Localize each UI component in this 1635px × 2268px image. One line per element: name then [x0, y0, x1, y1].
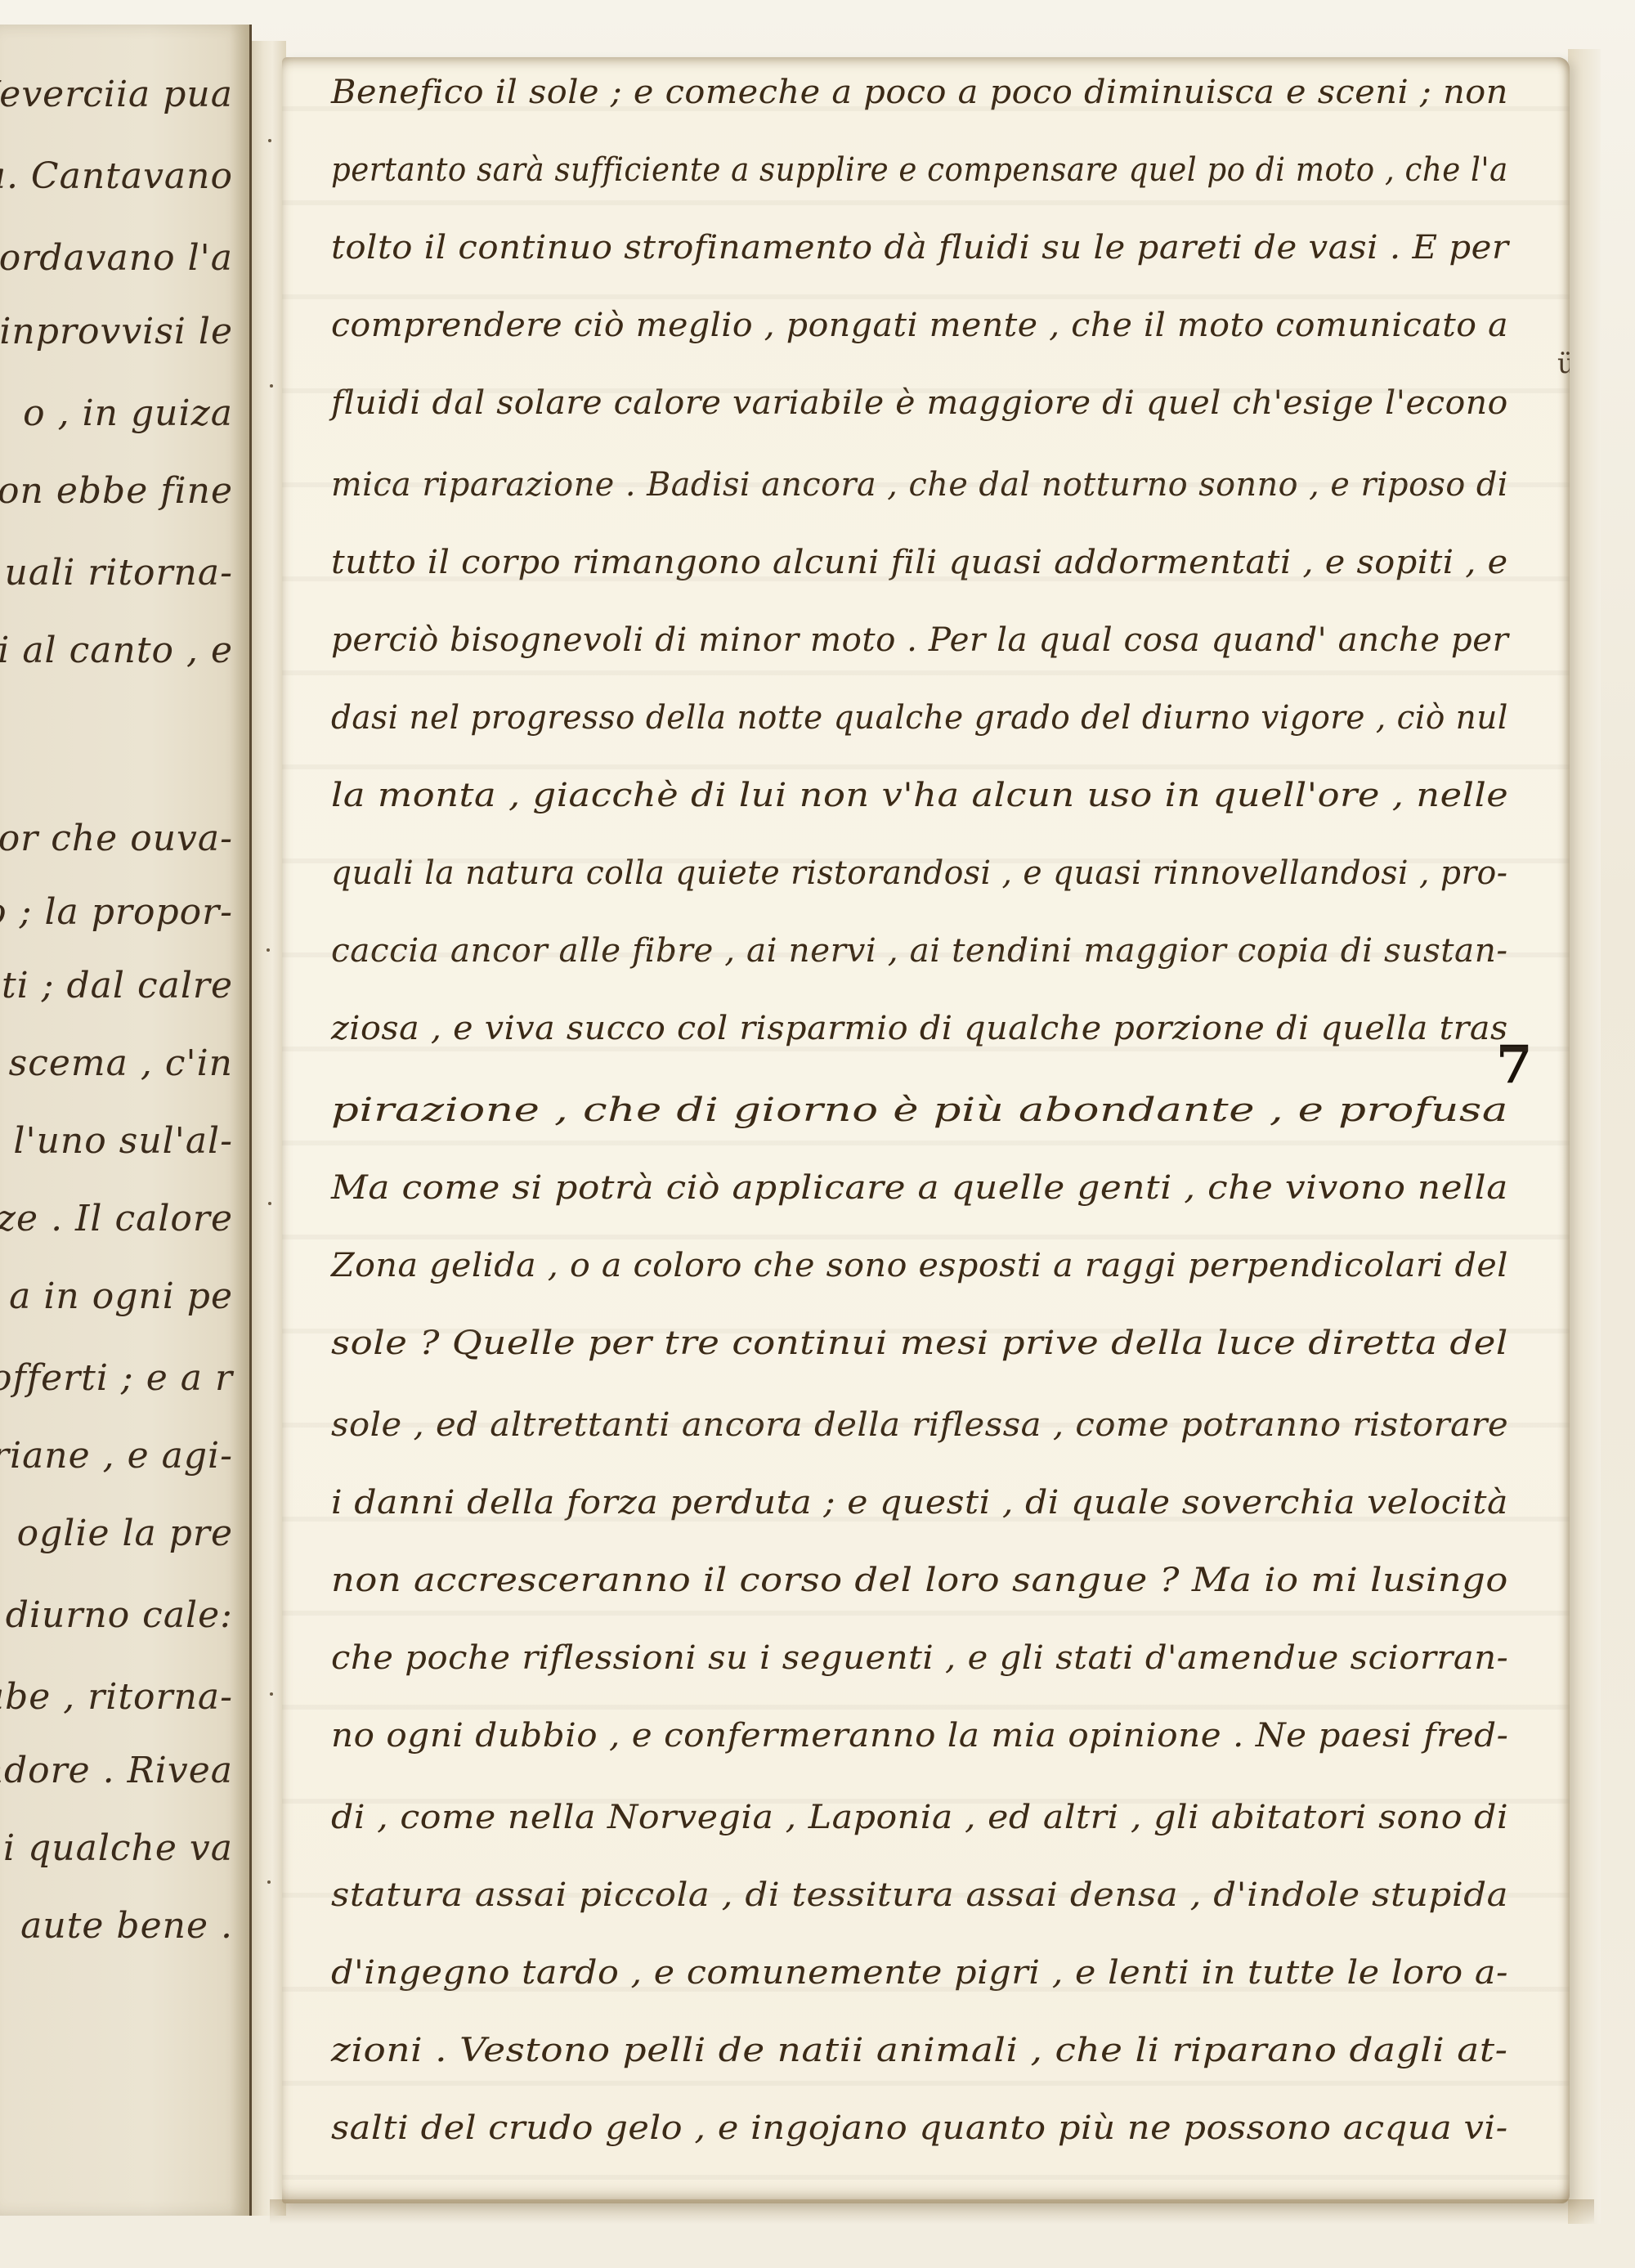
left-page-line: o , in guiza [23, 392, 233, 434]
manuscript-line: dasi nel progresso della notte qualche g… [331, 699, 1508, 737]
left-page-line: i qualche va [3, 1827, 233, 1869]
manuscript-page-right: 7 ü Benefico il sole ; e comeche a poco … [282, 57, 1570, 2203]
manuscript-line: Ma come si potrà ciò applicare a quelle … [331, 1169, 1508, 1207]
left-page-line: non ebbe fine [0, 470, 233, 512]
manuscript-line: sole ? Quelle per tre continui mesi priv… [331, 1324, 1508, 1362]
left-page-line: na. Cantavano [0, 155, 233, 197]
manuscript-line: quali la natura colla quiete ristorandos… [331, 854, 1508, 892]
left-page-line: aute bene . [20, 1905, 233, 1947]
left-page-line: priane , e agi- [0, 1435, 233, 1477]
left-page-line: endore . Rivea [0, 1750, 233, 1791]
left-page-line: lui al canto , e [0, 630, 233, 671]
manuscript-line: Benefico il sole ; e comeche a poco a po… [331, 74, 1508, 111]
manuscript-line: zioni . Vestono pelli de natii animali ,… [331, 2032, 1508, 2069]
left-page-line: stabe , ritorna- [0, 1676, 233, 1718]
left-page-line: oglie la pre [17, 1513, 233, 1554]
left-page-line: o scema , c'in [0, 1042, 233, 1084]
ink-speck [267, 1880, 271, 1884]
left-page-line: cinprovvisi le [0, 311, 233, 352]
manuscript-line: d'ingegno tardo , e comunemente pigri , … [331, 1954, 1508, 1992]
left-page-line: tordavano l'a [0, 237, 233, 279]
left-page-line: ati ; dal calre [0, 965, 233, 1006]
margin-mark: ü [1557, 347, 1570, 380]
manuscript-line: no ogni dubbio , e confermeranno la mia … [331, 1717, 1508, 1755]
binding-gutter [252, 41, 286, 2216]
left-page-line: a in ogni pe [9, 1275, 233, 1317]
manuscript-line: salti del crudo gelo , e ingojano quanto… [331, 2109, 1508, 2147]
manuscript-line: pirazione , che di giorno è più abondant… [331, 1091, 1508, 1129]
ink-speck [268, 1202, 271, 1205]
ink-speck [267, 948, 270, 952]
manuscript-line: non accresceranno il corso del loro sang… [331, 1562, 1508, 1599]
manuscript-line: Zona gelida , o a coloro che sono espost… [331, 1247, 1508, 1284]
manuscript-line: tutto il corpo rimangono alcuni fili qua… [331, 544, 1508, 581]
manuscript-line: tolto il continuo strofinamento dà fluid… [331, 229, 1508, 267]
left-page-line: i Keverciia pua [0, 74, 233, 115]
left-page-line: o ; la propor- [0, 891, 233, 933]
manuscript-line: che poche riflessioni su i seguenti , e … [331, 1639, 1508, 1677]
manuscript-line: mica riparazione . Badisi ancora , che d… [331, 466, 1508, 504]
manuscript-line: pertanto sarà sufficiente a supplire e c… [331, 151, 1508, 189]
ink-speck [270, 1692, 273, 1696]
ink-speck [268, 139, 271, 142]
manuscript-line: comprendere ciò meglio , pongati mente ,… [331, 307, 1508, 344]
facing-page-left: i Keverciia puana. Cantavanotordavano l'… [0, 25, 252, 2216]
manuscript-line: statura assai piccola , di tessitura ass… [331, 1876, 1508, 1914]
left-page-line: or che ouva- [0, 818, 233, 859]
left-page-line: l'uno sul'al- [13, 1120, 233, 1162]
manuscript-line: ziosa , e viva succo col risparmio di qu… [331, 1010, 1508, 1047]
manuscript-line: i danni della forza perduta ; e questi ,… [331, 1484, 1508, 1522]
left-page-line: offerti ; e a r [0, 1357, 233, 1399]
page-bottom-edge [270, 2199, 1594, 2224]
manuscript-line: fluidi dal solare calore variabile è mag… [331, 384, 1508, 422]
manuscript-line: la monta , giacchè di lui non v'ha alcun… [331, 777, 1508, 814]
manuscript-line: sole , ed altrettanti ancora della rifle… [331, 1406, 1508, 1444]
left-page-line: no diurno cale: [0, 1594, 233, 1636]
manuscript-line: perciò bisognevoli di minor moto . Per l… [331, 621, 1508, 659]
left-page-line: uali ritorna- [5, 552, 233, 594]
left-page-line: ze . Il calore [0, 1198, 233, 1239]
manuscript-line: di , come nella Norvegia , Laponia , ed … [331, 1799, 1508, 1836]
manuscript-line: caccia ancor alle fibre , ai nervi , ai … [331, 932, 1508, 970]
ink-speck [270, 384, 273, 388]
page-edge-right [1568, 49, 1601, 2224]
